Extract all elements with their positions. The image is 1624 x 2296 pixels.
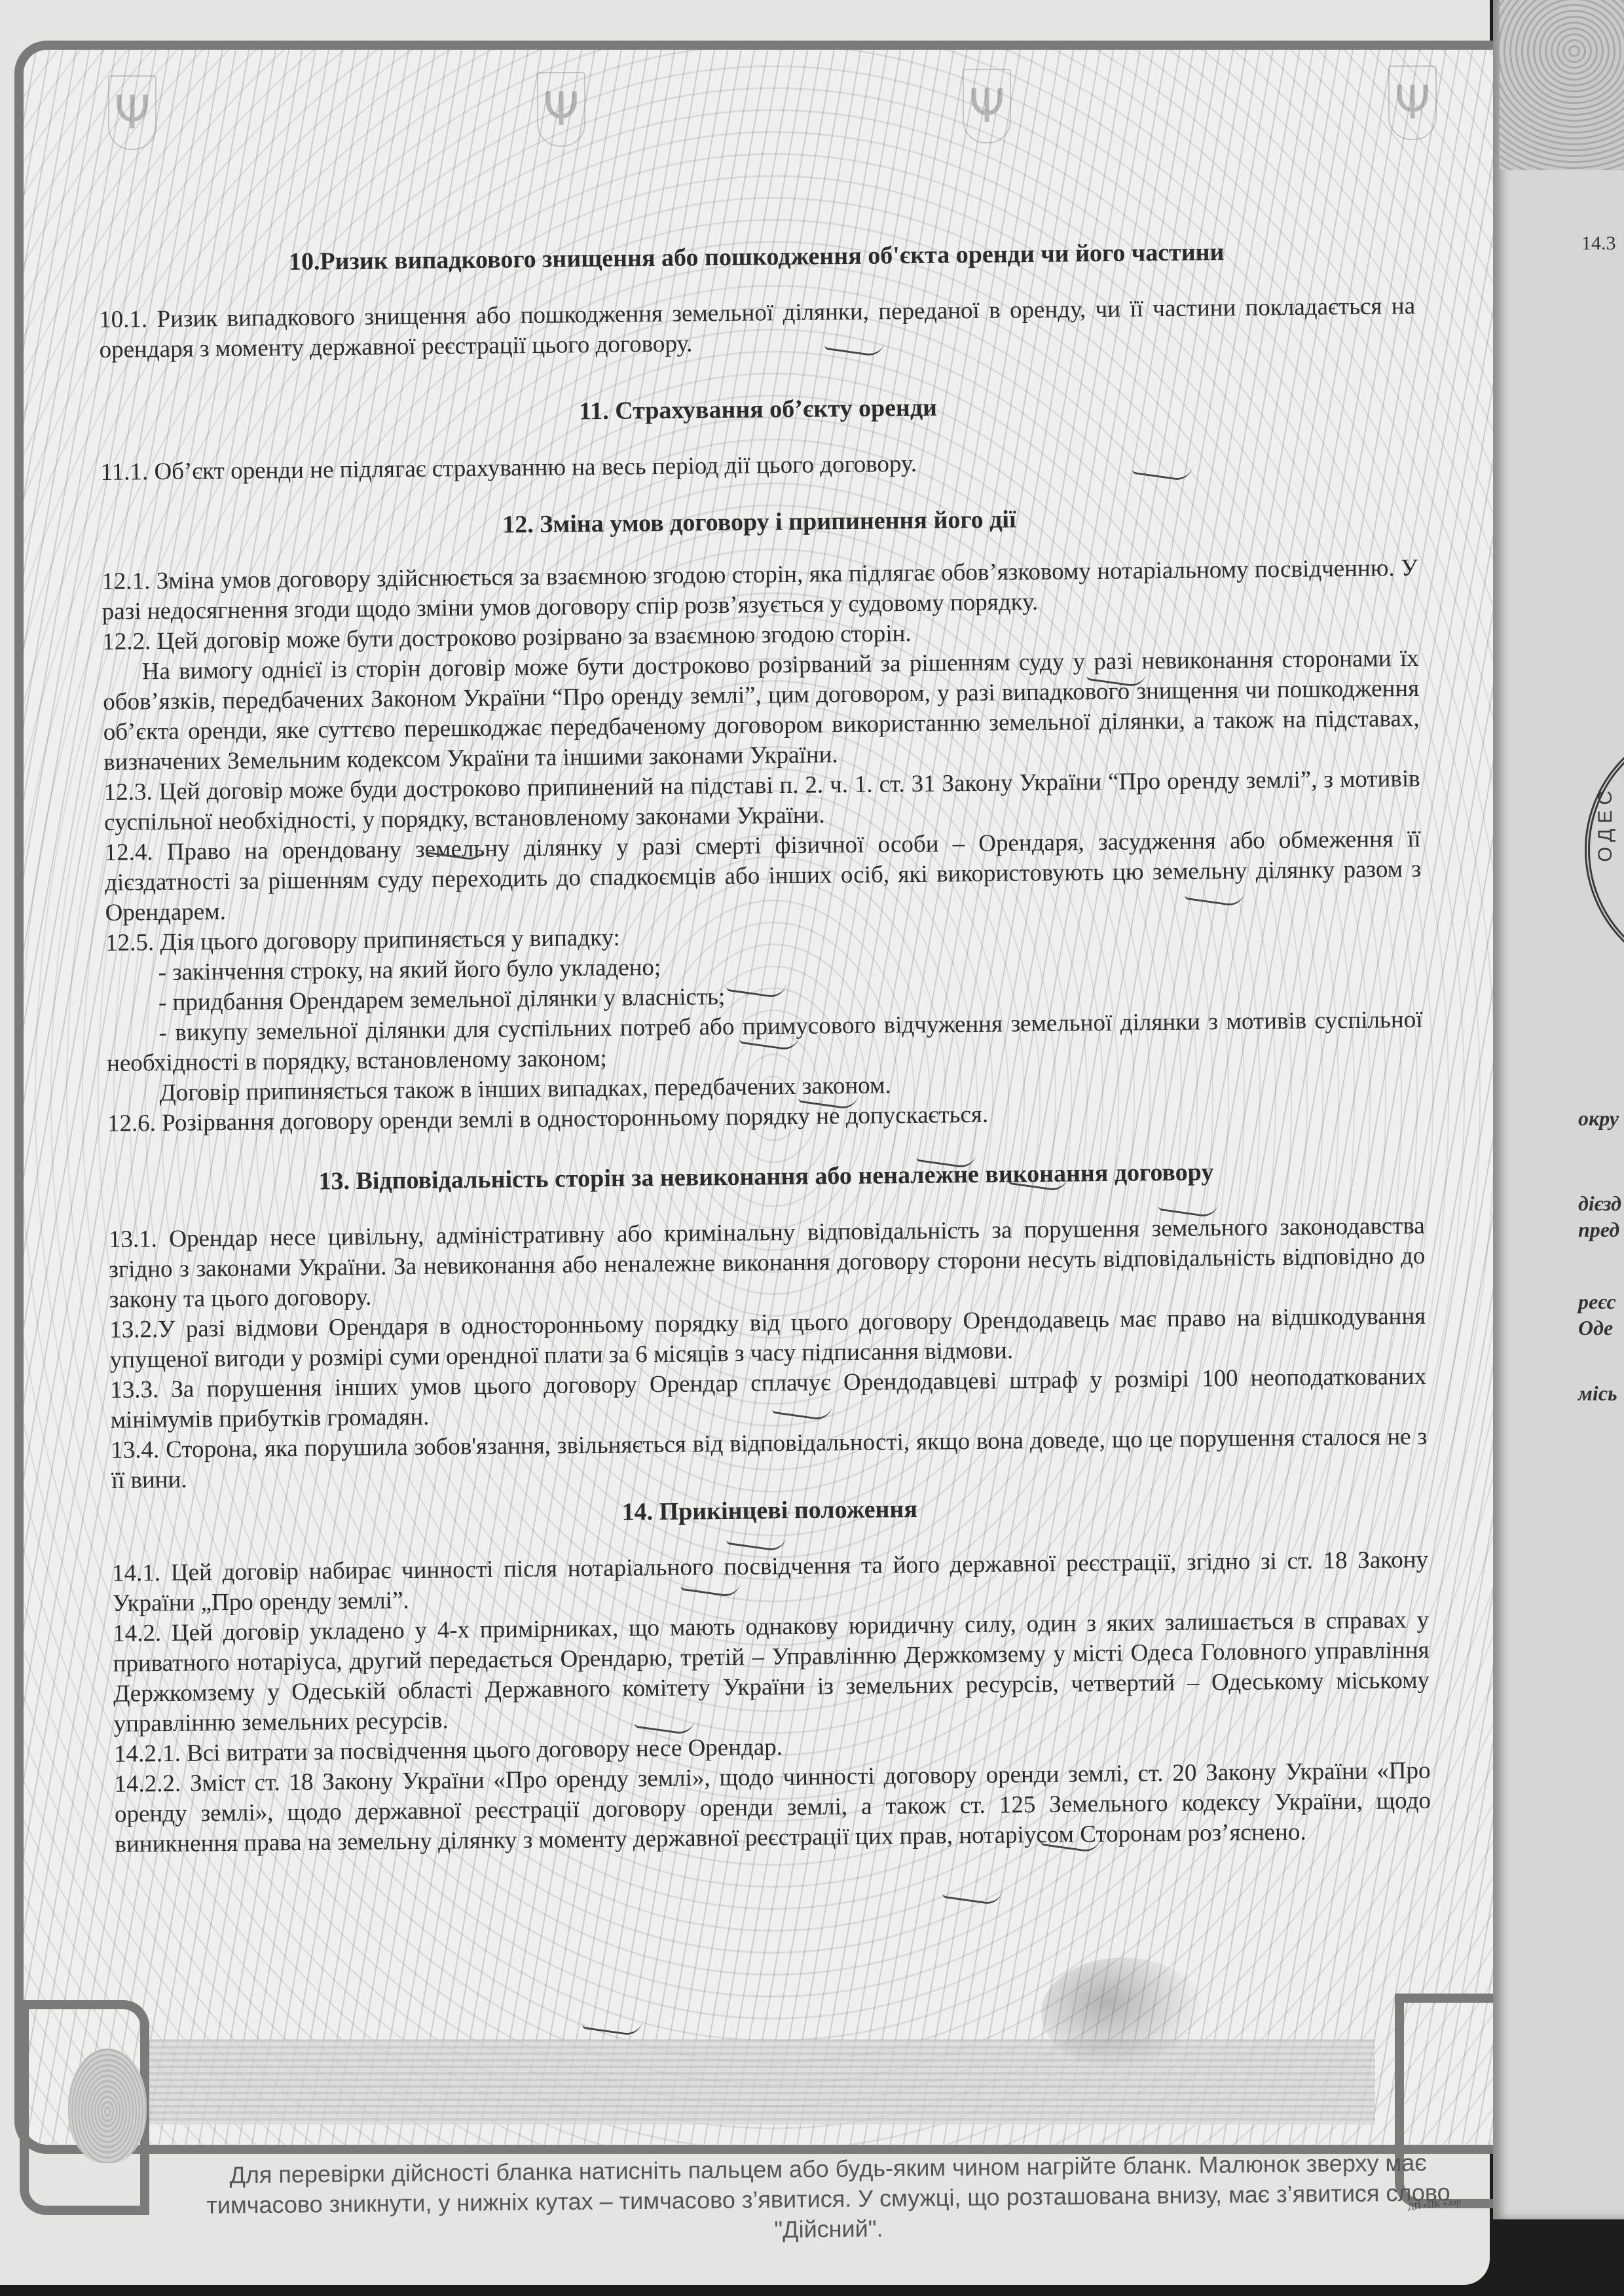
adjacent-fragment: місь xyxy=(1578,1381,1617,1406)
clause-14-2: 14.2. Цей договір укладено у 4-х примірн… xyxy=(113,1605,1430,1740)
adjacent-fragment: реєс xyxy=(1578,1290,1616,1314)
clause-10-1: 10.1. Ризик випадкового знищення або пош… xyxy=(99,291,1416,365)
section-heading-14: 14. Прикінцеві положення xyxy=(111,1489,1428,1533)
section-heading-12: 12. Зміна умов договору і припинення йог… xyxy=(101,500,1417,544)
security-notice-line-2: тимчасово зникнути, у нижніх кутах – тим… xyxy=(196,2178,1461,2251)
security-band xyxy=(144,2039,1375,2124)
ornament-icon xyxy=(1500,0,1624,170)
clause-13-4: 13.4. Сторона, яка порушила зобов'язання… xyxy=(111,1422,1428,1496)
trident-icon: Ψ xyxy=(537,72,585,147)
adjacent-fragment: пред xyxy=(1578,1218,1619,1242)
adjacent-item-number: 14.3 xyxy=(1581,232,1616,255)
adjacent-fragment: окру xyxy=(1578,1106,1619,1131)
trident-icon: Ψ xyxy=(1388,65,1437,140)
clause-12-2-detail: На вимогу однієї із сторін договір може … xyxy=(103,644,1420,778)
seal-stamp-text: ОДЕС xyxy=(1595,786,1617,862)
trident-icon: Ψ xyxy=(963,69,1011,143)
section-heading-13: 13. Відповідальність сторін за невиконан… xyxy=(108,1155,1424,1199)
document-body: 10.Ризик випадкового знищення або пошкод… xyxy=(98,235,1431,1860)
clause-11-1: 11.1. Об’єкт оренди не підлягає страхува… xyxy=(100,444,1416,488)
adjacent-fragment: Оде xyxy=(1578,1316,1613,1340)
clause-12-4: 12.4. Право на орендовану земельну ділян… xyxy=(104,824,1421,928)
document-page: Ψ Ψ Ψ Ψ 10.Ризик випадкового знищення аб… xyxy=(0,0,1490,2285)
security-notice: Для перевірки дійсності бланка натисніть… xyxy=(196,2147,1460,2251)
trident-icon: Ψ xyxy=(108,75,157,150)
stamp-smudge xyxy=(1041,1958,1205,2069)
fingerprint-box-left xyxy=(20,2000,149,2215)
adjacent-fragment: дієзд xyxy=(1578,1192,1621,1216)
section-heading-11: 11. Страхування об’єкту оренди xyxy=(100,388,1416,431)
clause-13-1: 13.1. Орендар несе цивільну, адміністрат… xyxy=(109,1211,1426,1315)
fingerprint-icon xyxy=(68,2049,147,2163)
clause-14-2-2: 14.2.2. Зміст ст. 18 Закону України «Про… xyxy=(114,1756,1431,1860)
